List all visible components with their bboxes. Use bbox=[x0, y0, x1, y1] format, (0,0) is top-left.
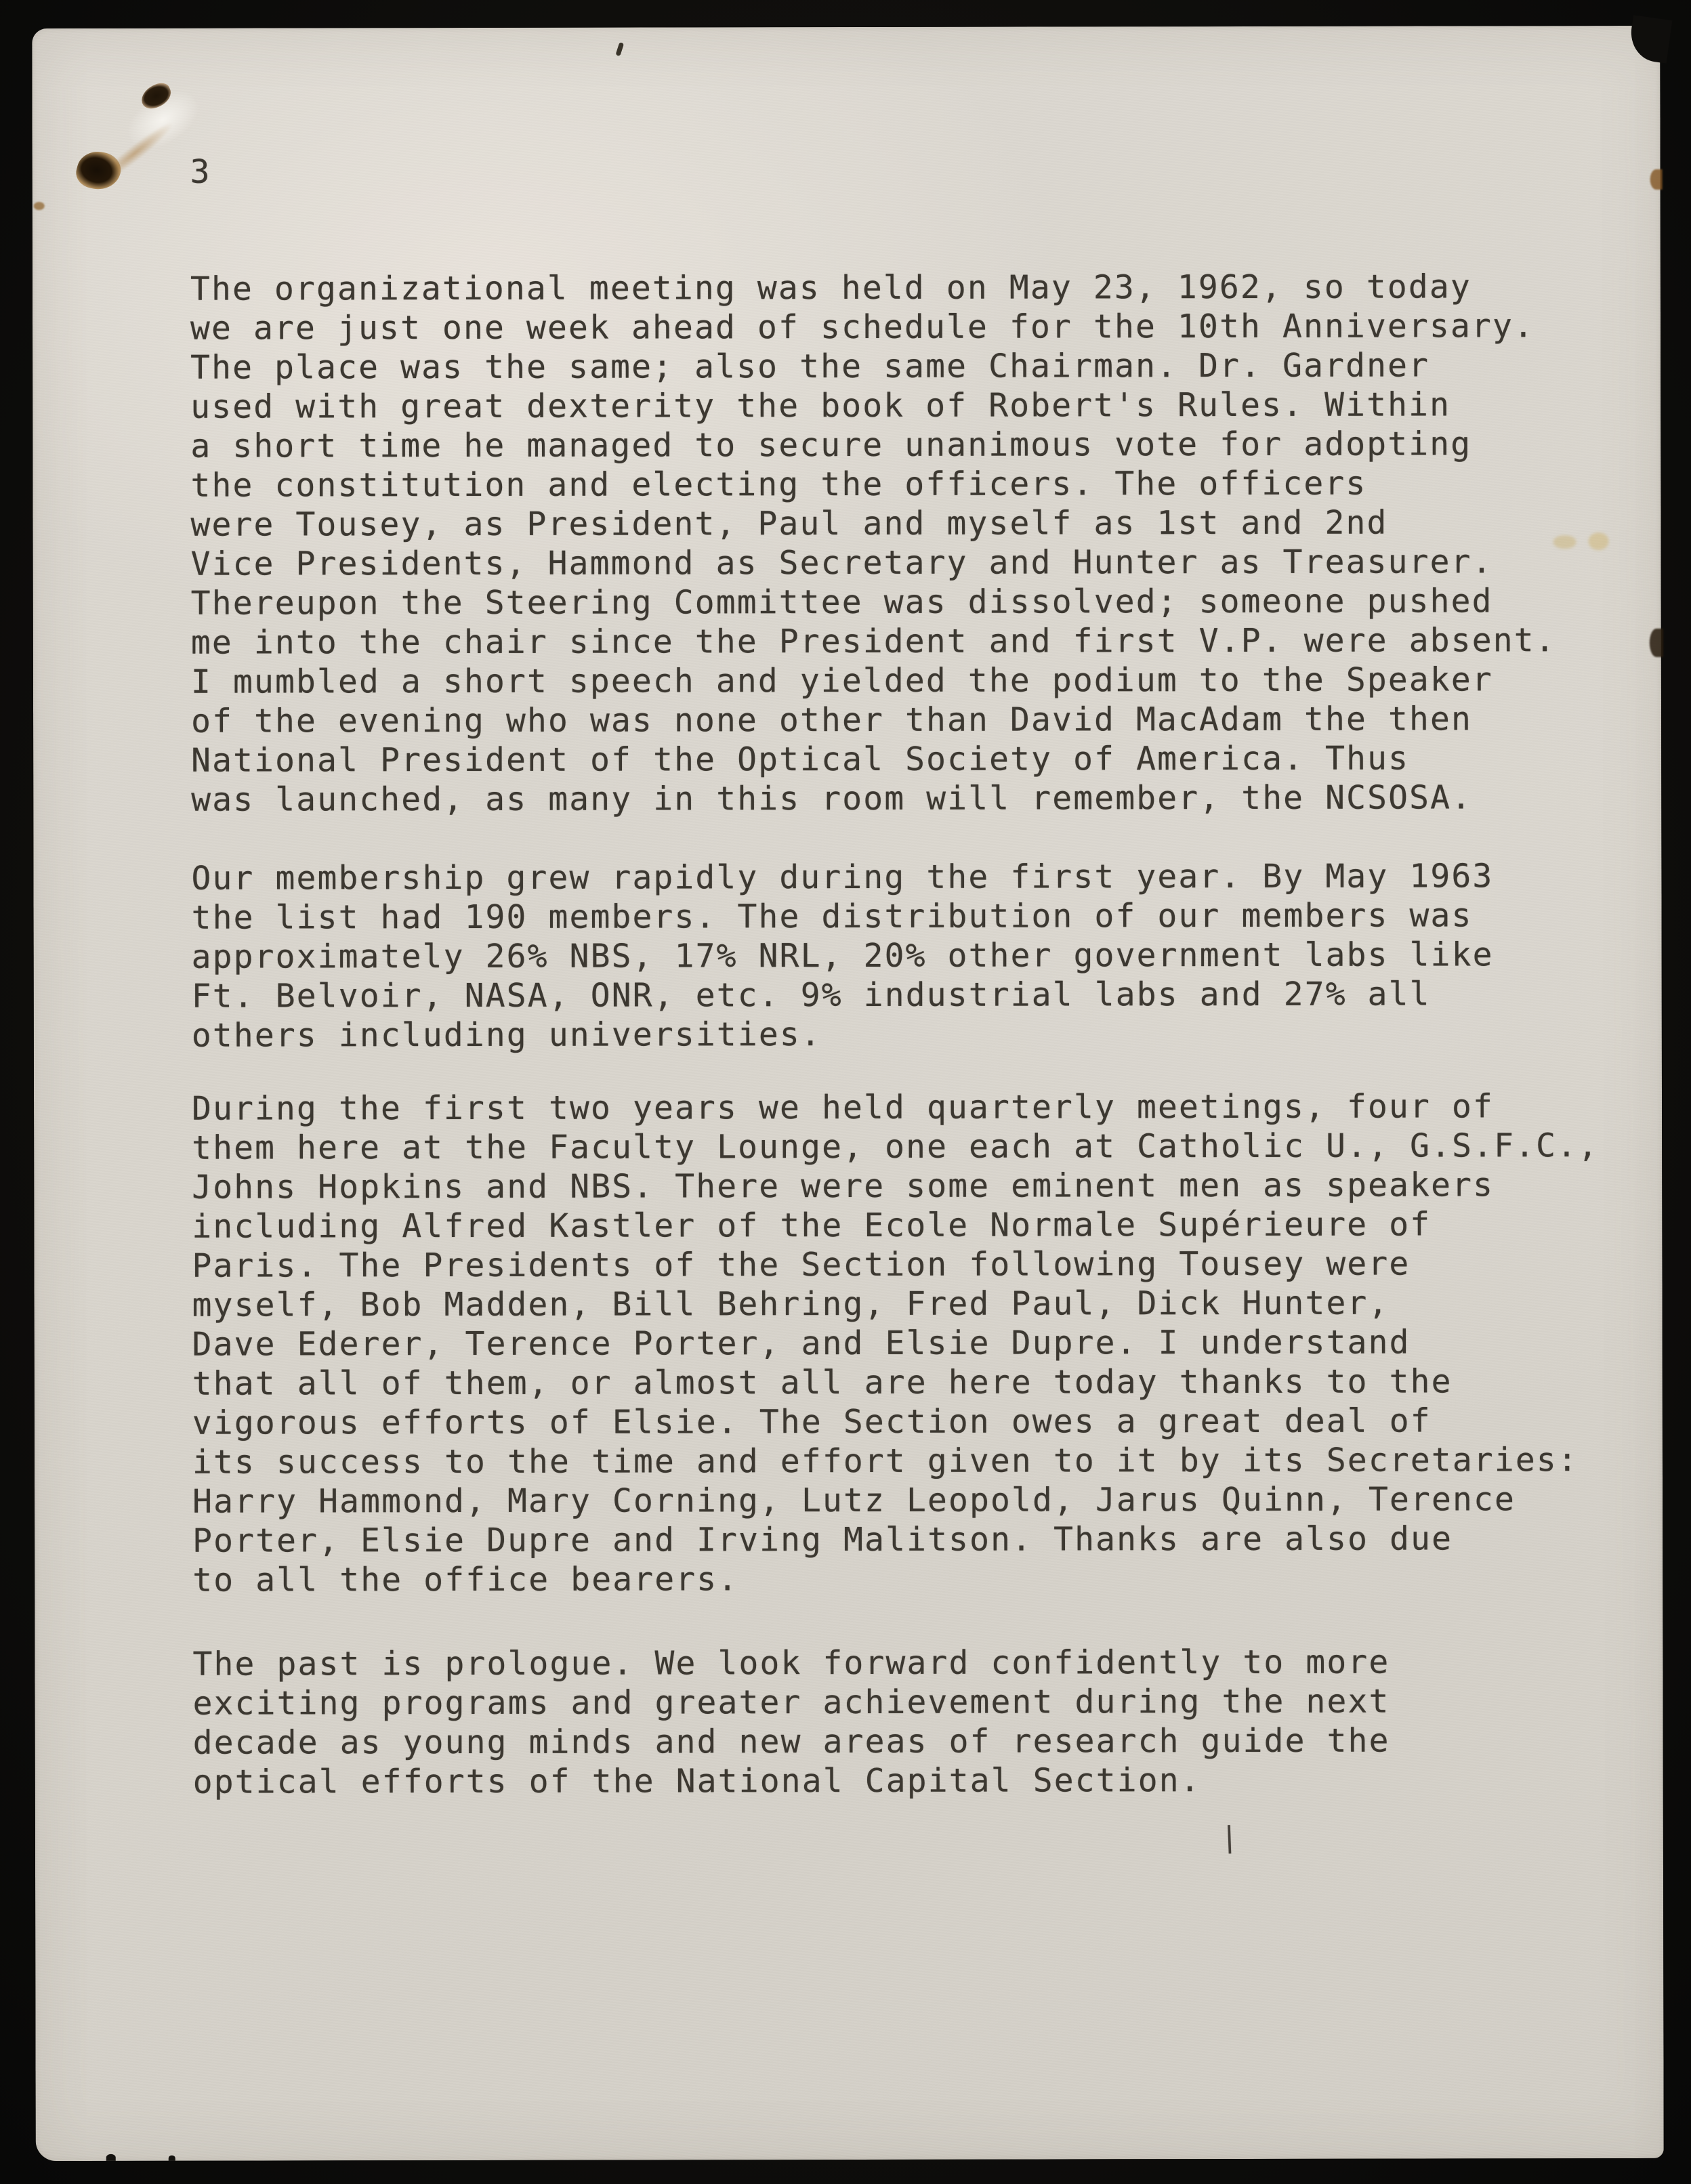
edge-speck bbox=[34, 202, 45, 210]
paragraph-meetings-and-presidents: During the first two years we held quart… bbox=[192, 1087, 1656, 1600]
paragraph-closing: The past is prologue. We look forward co… bbox=[192, 1642, 1656, 1802]
edge-nick bbox=[106, 2154, 116, 2161]
page-number: 3 bbox=[190, 152, 326, 191]
document-page: 3 The organizational meeting was held on… bbox=[32, 26, 1663, 2161]
paragraph-organizational-meeting: The organizational meeting was held on M… bbox=[190, 267, 1654, 820]
edge-nick bbox=[169, 2156, 175, 2161]
edge-rust-spot bbox=[1650, 169, 1663, 190]
ink-speck bbox=[615, 42, 624, 56]
torn-corner-nick bbox=[1627, 15, 1672, 63]
stray-typed-mark: | bbox=[1220, 1820, 1249, 1853]
paragraph-membership-growth: Our membership grew rapidly during the f… bbox=[191, 856, 1655, 1055]
